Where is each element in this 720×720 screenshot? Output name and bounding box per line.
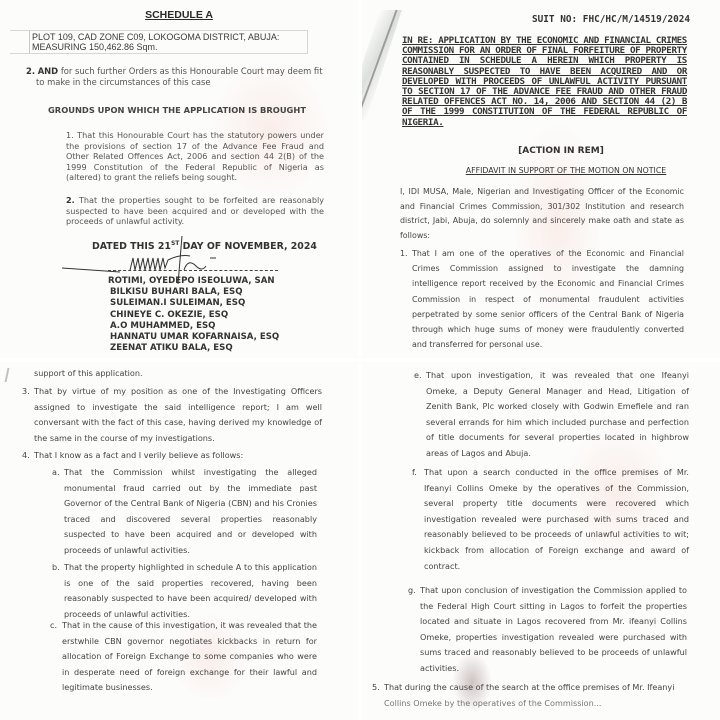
- counsel-name: CHINEYE C. OKEZIE, ESQ: [108, 310, 279, 321]
- affidavit-page-2: support of this application. 3. That by …: [0, 362, 358, 720]
- grounds-title: GROUNDS UPON WHICH THE APPLICATION IS BR…: [48, 105, 308, 115]
- ground-text: That this Honourable Court has the statu…: [66, 130, 324, 182]
- action-in-rem: [ACTION IN REM]: [362, 146, 720, 156]
- para-number: 1.: [400, 246, 412, 352]
- order-2-number: 2.: [26, 66, 35, 76]
- counsel-name: ROTIMI, OYEDEPO ISEOLUWA, SAN: [108, 276, 279, 287]
- ground-2: 2. That the properties sought to be forf…: [66, 195, 324, 227]
- affidavit-para-4g: g. That upon conclusion of investigation…: [408, 583, 687, 677]
- affidavit-para-3: 3. That by virtue of my position as one …: [22, 384, 322, 446]
- affidavit-page-3: e. That upon investigation, it was revea…: [362, 362, 720, 720]
- affidavit-para-4b: b. That the property highlighted in sche…: [52, 560, 317, 622]
- schedule-table: PLOT 109, CAD ZONE C09, LOKOGOMA DISTRIC…: [10, 30, 308, 54]
- affidavit-para-5: 5. That during the cause of the search a…: [372, 680, 690, 711]
- affidavit-para-4c: c. That in the cause of this investigati…: [50, 618, 317, 696]
- schedule-title: SCHEDULE A: [0, 9, 358, 21]
- schedule-a-page: SCHEDULE A PLOT 109, CAD ZONE C09, LOKOG…: [0, 0, 358, 358]
- page-fold-shadow: [362, 10, 402, 120]
- ground-text: That the properties sought to be forfeit…: [66, 195, 324, 226]
- order-2: 2. AND for such further Orders as this H…: [26, 66, 326, 88]
- schedule-table-index-cell: [10, 31, 30, 53]
- affidavit-para-1: 1. That I am one of the operatives of th…: [400, 246, 684, 352]
- counsel-name: A.O MUHAMMED, ESQ: [108, 321, 279, 332]
- affidavit-para-4a: a. That the Commission whilst investigat…: [52, 465, 317, 559]
- order-2-bold: AND: [38, 66, 58, 76]
- schedule-table-property-cell: PLOT 109, CAD ZONE C09, LOKOGOMA DISTRIC…: [32, 32, 304, 52]
- support-line: support of this application.: [34, 366, 324, 382]
- signature-line: [108, 270, 278, 271]
- in-re-heading: IN RE: APPLICATION BY THE ECONOMIC AND F…: [402, 36, 687, 128]
- counsel-name: HANNATU UMAR KOFARNAISA, ESQ: [108, 332, 279, 343]
- ground-number: 1.: [66, 130, 74, 140]
- counsel-name: BILKISU BUHARI BALA, ESQ: [108, 287, 279, 298]
- counsel-name: ZEENAT ATIKU BALA, ESQ: [108, 343, 279, 354]
- ground-number: 2.: [66, 195, 75, 205]
- property-measurement: MEASURING 150,462.86 Sqm.: [32, 42, 304, 52]
- affidavit-cover-page: SUIT NO: FHC/HC/M/14519/2024 IN RE: APPL…: [362, 0, 720, 358]
- affidavit-para-4: 4. That I know as a fact and I verily be…: [22, 448, 322, 464]
- order-2-text-cont: to make in the circumstances of this cas…: [26, 77, 326, 88]
- ground-1: 1. That this Honourable Court has the st…: [66, 130, 324, 183]
- counsel-list: ROTIMI, OYEDEPO ISEOLUWA, SAN BILKISU BU…: [108, 276, 279, 354]
- para-5-cut-line: Collins Omeke by the operatives of the C…: [372, 696, 690, 712]
- affidavit-para-4e: e. That upon investigation, it was revea…: [414, 368, 689, 462]
- suit-number: SUIT NO: FHC/HC/M/14519/2024: [532, 14, 690, 25]
- para-text: That I am one of the operatives of the E…: [412, 246, 684, 352]
- order-2-text: for such further Orders as this Honourab…: [61, 66, 323, 76]
- counsel-name: SULEIMAN.I SULEIMAN, ESQ: [108, 298, 279, 309]
- affidavit-para-4f: f. That upon a search conducted in the o…: [412, 465, 689, 574]
- property-location: PLOT 109, CAD ZONE C09, LOKOGOMA DISTRIC…: [32, 32, 304, 42]
- affidavit-title: AFFIDAVIT IN SUPPORT OF THE MOTION ON NO…: [362, 166, 720, 175]
- affidavit-intro: I, IDI MUSA, Male, Nigerian and Investig…: [400, 185, 684, 243]
